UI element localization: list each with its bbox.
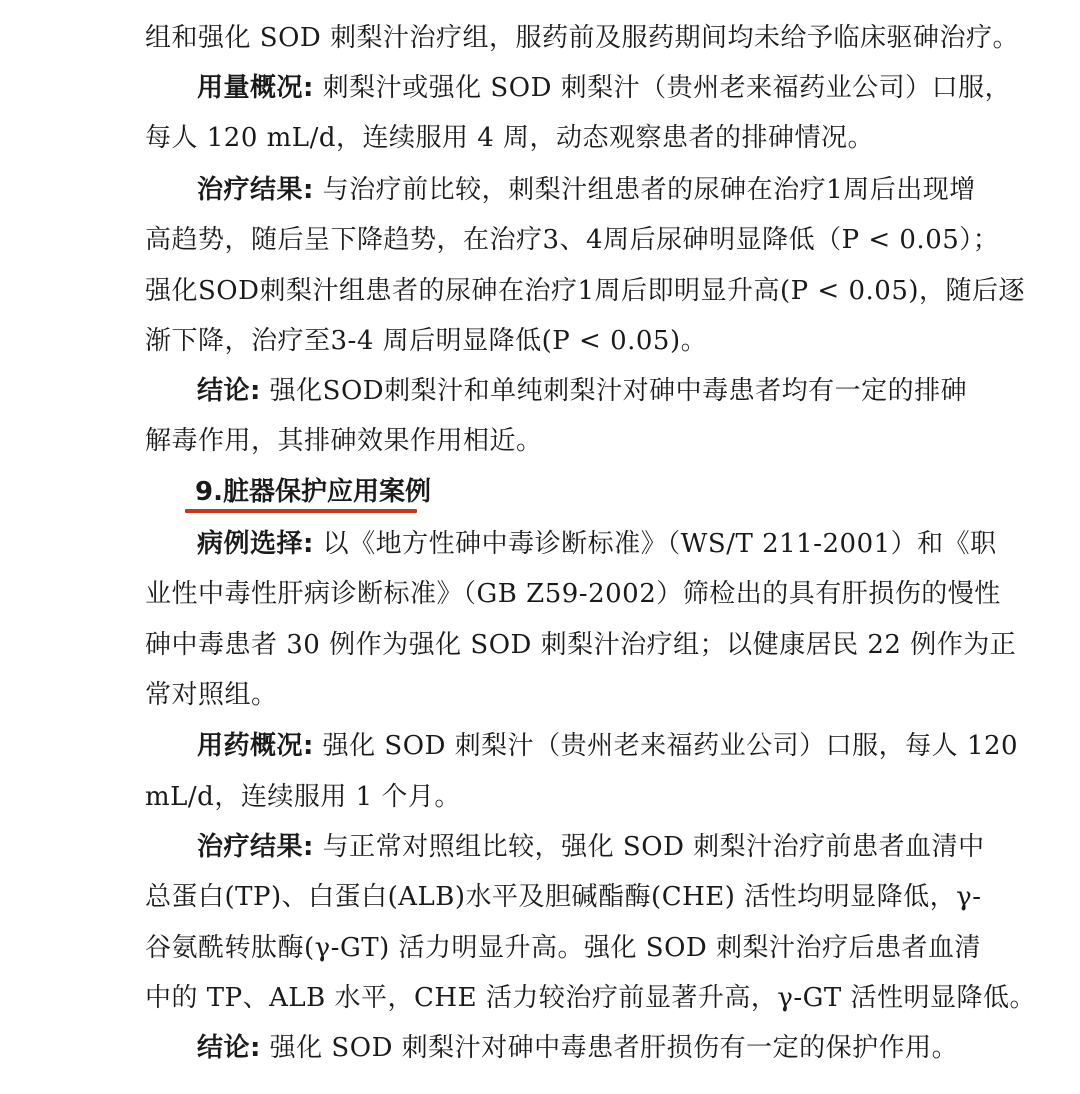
final-conclusion-paragraph: 结论: 强化 SOD 刺梨汁对砷中毒患者肝损伤有一定的保护作用。 (197, 1030, 958, 1066)
section-title: 9.脏器保护应用案例 (195, 474, 431, 510)
treatment-results-paragraph: 治疗结果: 与正常对照组比较，强化 SOD 刺梨汁治疗前患者血清中 (197, 829, 985, 865)
medication-line-2: mL/d，连续服用 1 个月。 (145, 779, 461, 815)
results-label: 治疗结果: (197, 175, 314, 205)
dosage-text: 刺梨汁或强化 SOD 刺梨汁（贵州老来福药业公司）口服， (314, 73, 1011, 103)
case-selection-label: 病例选择: (197, 529, 314, 559)
results-text: 与治疗前比较，刺梨汁组患者的尿砷在治疗1周后出现增 (314, 175, 976, 205)
medication-paragraph: 用药概况: 强化 SOD 刺梨汁（贵州老来福药业公司）口服，每人 120 (197, 728, 1018, 764)
dosage-line-2: 每人 120 mL/d，连续服用 4 周，动态观察患者的排砷情况。 (145, 120, 874, 156)
treatment-results-text: 与正常对照组比较，强化 SOD 刺梨汁治疗前患者血清中 (314, 832, 985, 862)
case-selection-line-3: 砷中毒患者 30 例作为强化 SOD 刺梨汁治疗组；以健康居民 22 例作为正 (145, 627, 1016, 663)
section-title-underline (185, 509, 417, 513)
treatment-results-label: 治疗结果: (197, 832, 314, 862)
conclusion-label: 结论: (197, 376, 261, 406)
results-line-2: 高趋势，随后呈下降趋势，在治疗3、4周后尿砷明显降低（P < 0.05）； (145, 222, 999, 258)
case-selection-text: 以《地方性砷中毒诊断标准》（WS/T 211-2001）和《职 (314, 529, 997, 559)
final-conclusion-text: 强化 SOD 刺梨汁对砷中毒患者肝损伤有一定的保护作用。 (261, 1033, 958, 1063)
treatment-results-line-2: 总蛋白(TP)、白蛋白(ALB)水平及胆碱酯酶(CHE) 活性均明显降低，γ- (145, 879, 981, 915)
final-conclusion-label: 结论: (197, 1033, 261, 1063)
dosage-label: 用量概况: (197, 73, 314, 103)
case-selection-paragraph: 病例选择: 以《地方性砷中毒诊断标准》（WS/T 211-2001）和《职 (197, 526, 997, 562)
results-line-3: 强化SOD刺梨汁组患者的尿砷在治疗1周后即明显升高(P < 0.05)，随后逐 (145, 273, 1025, 309)
conclusion-line-2: 解毒作用，其排砷效果作用相近。 (145, 423, 543, 459)
treatment-results-line-4: 中的 TP、ALB 水平，CHE 活力较治疗前显著升高，γ-GT 活性明显降低。 (145, 980, 1036, 1016)
paragraph-continuation: 组和强化 SOD 刺梨汁治疗组，服药前及服药期间均未给予临床驱砷治疗。 (145, 20, 1019, 56)
case-selection-line-2: 业性中毒性肝病诊断标准》（GB Z59-2002）筛检出的具有肝损伤的慢性 (145, 576, 1001, 612)
case-selection-line-4: 常对照组。 (145, 677, 278, 713)
results-line-4: 渐下降，治疗至3-4 周后明显降低(P < 0.05)。 (145, 323, 707, 359)
medication-label: 用药概况: (197, 731, 314, 761)
conclusion-paragraph: 结论: 强化SOD刺梨汁和单纯刺梨汁对砷中毒患者均有一定的排砷 (197, 373, 967, 409)
treatment-results-line-3: 谷氨酰转肽酶(γ-GT) 活力明显升高。强化 SOD 刺梨汁治疗后患者血清 (145, 930, 981, 966)
medication-text: 强化 SOD 刺梨汁（贵州老来福药业公司）口服，每人 120 (314, 731, 1018, 761)
results-paragraph: 治疗结果: 与治疗前比较，刺梨汁组患者的尿砷在治疗1周后出现增 (197, 172, 976, 208)
conclusion-text: 强化SOD刺梨汁和单纯刺梨汁对砷中毒患者均有一定的排砷 (261, 376, 967, 406)
dosage-paragraph: 用量概况: 刺梨汁或强化 SOD 刺梨汁（贵州老来福药业公司）口服， (197, 70, 1011, 106)
